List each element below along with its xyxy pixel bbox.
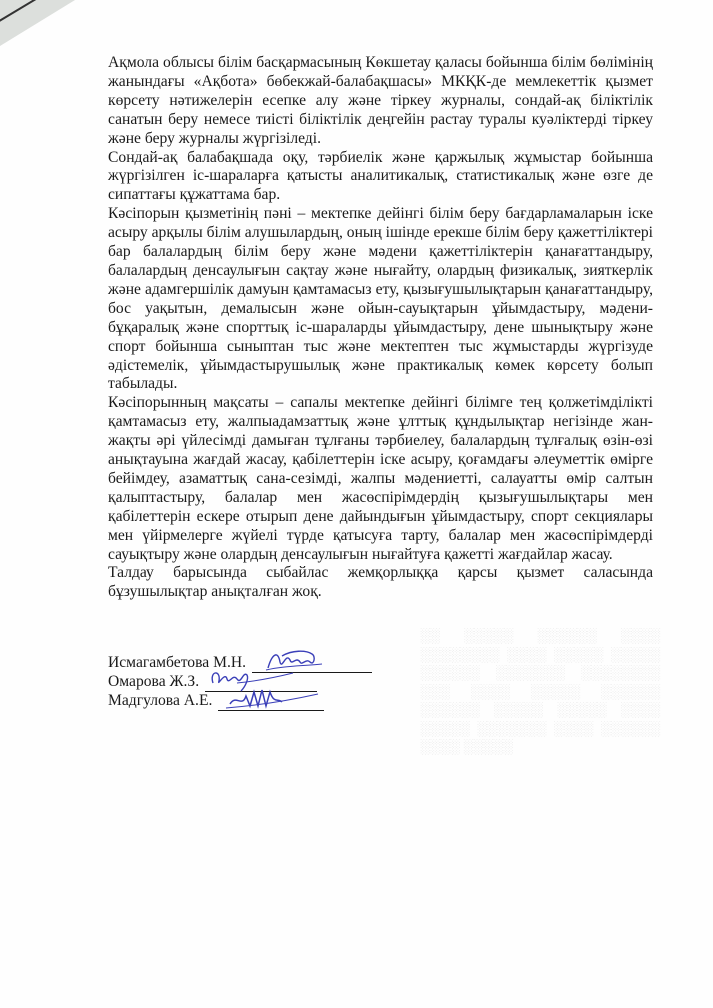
signature-row: Мадгулова А.Е. [108,692,372,711]
paragraph-journals: Ақмола облысы білім басқармасының Көкшет… [108,54,653,149]
scanned-page: ░░ ░░░░░ ░░░░░░ ░░░░ ░░░░░░░░ ░░░░ ░░░░░… [0,0,713,1008]
handwritten-signature-icon [222,684,322,714]
paragraph-analysis-result: Талдау барысында сыбайлас жемқорлыққа қа… [108,564,653,602]
signature-block: Исмагамбетова М.Н. Омарова Ж.З. Мадгулов… [108,654,372,711]
signature-line [218,696,324,711]
paragraph-documentation: Сондай-ақ балабақшада оқу, тәрбиелік жән… [108,149,653,206]
folded-corner [0,0,75,46]
signatory-name: Мадгулова А.Е. [108,692,212,711]
signatory-name: Омарова Ж.З. [108,673,199,692]
document-body: Ақмола облысы білім басқармасының Көкшет… [108,54,653,602]
paragraph-subject-of-activity: Кәсіпорын қызметінің пәні – мектепке дей… [108,205,653,394]
paragraph-purpose: Кәсіпорынның мақсаты – сапалы мектепке д… [108,394,653,564]
reverse-side-bleed-through: ░░ ░░░░░ ░░░░░░ ░░░░ ░░░░░░░░ ░░░░ ░░░░░… [420,628,660,758]
